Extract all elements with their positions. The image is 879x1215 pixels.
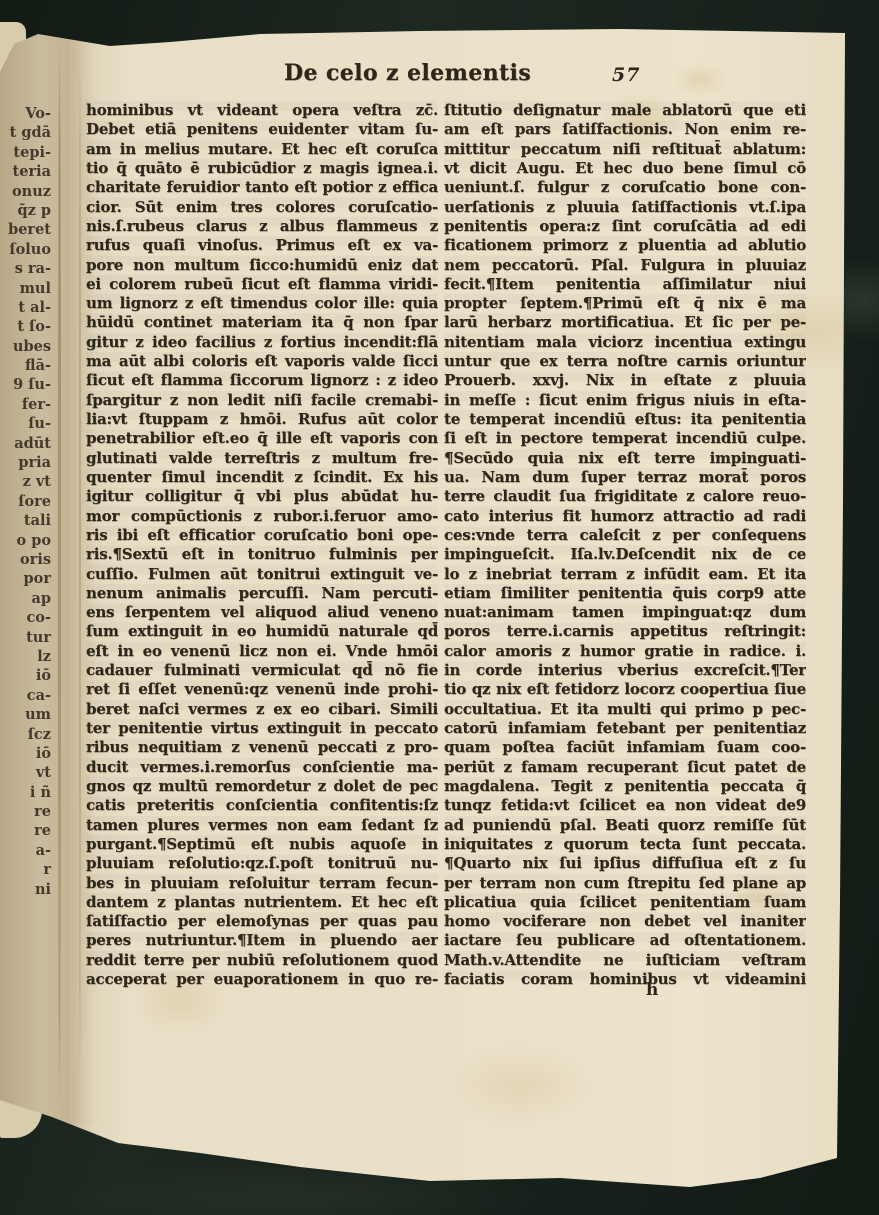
text-line: ducit vermes.i.remorſus conſcientie ma- — [86, 758, 438, 777]
gutter-fragment-line: ap — [0, 589, 54, 608]
gutter-fragment-line: tur — [0, 628, 54, 647]
text-line: nis.ſ.rubeus clarus z albus flammeus z — [86, 217, 438, 236]
text-line: fecit.¶Item penitentia aſſimilatur niui — [444, 275, 806, 294]
text-line: tunqz fetida:vt ſcilicet ea non videat d… — [444, 796, 806, 815]
text-line: cuſſio. Fulmen aūt tonitrui extinguit ve… — [86, 565, 438, 584]
text-line: gitur z ideo facilius z fortius incendit… — [86, 333, 438, 352]
gutter-fragment-line: z vt — [0, 472, 54, 491]
gutter-fragment-line: ſu- — [0, 414, 54, 433]
gutter-fragment-line: ſore — [0, 492, 54, 511]
text-line: cadauer fulminati vermiculat qd̄ nō fie — [86, 661, 438, 680]
text-line: penetrabilior eſt.eo q̄ ille eſt vaporis… — [86, 429, 438, 448]
text-column-left: hominibus vt videant opera veſtra zc̄.De… — [86, 101, 438, 989]
text-line: catis preteritis conſcientia confitentis… — [86, 796, 438, 815]
text-line: ſtitutio deſignatur male ablatorū que et… — [444, 101, 806, 120]
text-line: quam poſtea faciūt infamiam ſuam coo- — [444, 738, 806, 757]
text-line: ris.¶Sextū eſt in tonitruo fulminis per — [86, 545, 438, 564]
gutter-fragment-line: s ra- — [0, 259, 54, 278]
text-line: te temperat incendiū eſtus: ita penitent… — [444, 410, 806, 429]
text-line: uerſationis z pluuia ſatiſfactionis vt.ſ… — [444, 198, 806, 217]
text-line: Debet etiā penitens euidenter vitam ſu- — [86, 120, 438, 139]
text-line: plicatiua quia ſcilicet penitentiam ſuam — [444, 893, 806, 912]
gutter-fragment-line: re — [0, 802, 54, 821]
text-line: occultatiua. Et ita multi qui primo p pe… — [444, 700, 806, 719]
gutter-fragment-line: r — [0, 860, 54, 879]
gutter-fragment-line: um — [0, 705, 54, 724]
gutter-fragment-line: o po — [0, 531, 54, 550]
gutter-fragment-line: ubes — [0, 337, 54, 356]
text-line: lo z inebriat terram z infūdit eam. Et i… — [444, 565, 806, 584]
text-line: charitate feruidior tanto eſt potior z e… — [86, 178, 438, 197]
text-line: reddit terre per nubiū reſolutionem quod — [86, 951, 438, 970]
text-line: calor amoris z humor gratie in radice. i… — [444, 642, 806, 661]
text-line: pluuiam reſolutio:qz.ſ.poſt tonitruū nu- — [86, 854, 438, 873]
text-line: ua. Nam dum ſuper terraz morat̄ poros — [444, 468, 806, 487]
gutter-fragment-line: ni — [0, 880, 54, 899]
text-line: gnos qz multū remordetur z dolet de pec — [86, 777, 438, 796]
text-line: peres nutriuntur.¶Item in pluendo aer — [86, 931, 438, 950]
gutter-fragment-line: tepi- — [0, 143, 54, 162]
text-line: ueniunt.ſ. fulgur z coruſcatio bone con- — [444, 178, 806, 197]
text-line: hūidū continet materiam ita q̄ non ſpar — [86, 313, 438, 332]
gutter-fragment-line: q̄z p — [0, 201, 54, 220]
text-line: tio q̄ quāto ē rubicūdior z magis ignea.… — [86, 159, 438, 178]
text-line: poros terre.i.carnis appetitus reſtringi… — [444, 622, 806, 641]
text-line: ¶Quarto nix ſui ipſius diffuſiua eſt z ſ… — [444, 854, 806, 873]
signature-mark: h — [646, 980, 658, 1000]
gutter-fragment-line: pria — [0, 453, 54, 472]
text-line: iniquitates z quorum tecta ſunt peccata. — [444, 835, 806, 854]
text-line: cior. Sūt enim tres colores coruſcatio- — [86, 198, 438, 217]
text-line: Math.v.Attendite ne iuſticiam veſtram — [444, 951, 806, 970]
gutter-fragment-line: vt — [0, 763, 54, 782]
text-line: ſicut eſt flamma ſiccorum lignorz : z id… — [86, 371, 438, 390]
gutter-fragment-line: re — [0, 821, 54, 840]
text-line: ris ibi eſt efficatior coruſcatio boni o… — [86, 526, 438, 545]
text-line: catorū infamiam fetebant per penitentiaz — [444, 719, 806, 738]
text-line: ter penitentie virtus extinguit in pecca… — [86, 719, 438, 738]
gutter-fragment-line: t gdā — [0, 123, 54, 142]
text-line: ei colorem rubeū ſicut eſt flamma viridi… — [86, 275, 438, 294]
gutter-fragment-line: mul — [0, 279, 54, 298]
gutter-fragment-line: flā- — [0, 356, 54, 375]
text-line: in meſſe : ſicut enim frigus niuis in eſ… — [444, 391, 806, 410]
gutter-fragment-line: teria — [0, 162, 54, 181]
gutter-fragment-line: Vo- — [0, 104, 54, 123]
text-line: ma aūt albi coloris eſt vaporis valde ſi… — [86, 352, 438, 371]
text-line: faciatis coram hominibus vt videamini — [444, 970, 806, 989]
text-column-right: ſtitutio deſignatur male ablatorū que et… — [444, 101, 806, 989]
text-line: am in melius mutare. Et hec eſt coruſca — [86, 140, 438, 159]
book-page: Vo-t gdātepi-teriaonuzq̄z pberetſoluos r… — [0, 0, 847, 1192]
gutter-fragment-line: t ſo- — [0, 317, 54, 336]
text-line: beret naſci vermes z ex eo cibari. Simil… — [86, 700, 438, 719]
text-line: ſum extinguit in eo humidū naturale qd̄ — [86, 622, 438, 641]
text-line: eſt in eo venenū licz non ei. Vnde hmōi — [86, 642, 438, 661]
gutter-fragment-line: i ñ — [0, 783, 54, 802]
text-line: ces:vnde terra caleſcit z per conſequens — [444, 526, 806, 545]
text-line: dantem z plantas nutrientem. Et hec eſt — [86, 893, 438, 912]
text-line: ad puniendū pſal. Beati quorz remiſſe ſū… — [444, 816, 806, 835]
gutter-fragment-line: iō — [0, 744, 54, 763]
text-line: Prouerb. xxvj. Nix in eſtate z pluuia — [444, 371, 806, 390]
text-line: am eſt pars ſatiſfactionis. Non enim re- — [444, 120, 806, 139]
text-line: purgant.¶Septimū eſt nubis aquoſe in — [86, 835, 438, 854]
text-line: nem peccatorū. Pſal. Fulgura in pluuiaz — [444, 256, 806, 275]
text-line: magdalena. Tegit z penitentia peccata q̄ — [444, 777, 806, 796]
text-line: impingueſcit. Iſa.lv.Deſcendit nix de ce — [444, 545, 806, 564]
text-line: ſatiſfactio per elemoſynas per quas pau — [86, 912, 438, 931]
gutter-fragment-line: por — [0, 569, 54, 588]
text-line: tio qz nix eſt fetidorz locorz coopertiu… — [444, 680, 806, 699]
text-line: nitentiam mala viciorz incentiua extingu — [444, 333, 806, 352]
text-line: rufus quaſi vinoſus. Primus eſt ex va- — [86, 236, 438, 255]
text-line: ſi eſt in pectore temperat incendiū culp… — [444, 429, 806, 448]
text-line: nuat:animam tamen impinguat:qz dum — [444, 603, 806, 622]
text-line: larū herbarz mortificatiua. Et ſic per p… — [444, 313, 806, 332]
text-line: etiam ſimiliter penitentia q̄uis corp9 a… — [444, 584, 806, 603]
text-line: ¶Secūdo quia nix eſt terre impinguati- — [444, 449, 806, 468]
text-line: homo vociferare non debet vel inaniter — [444, 912, 806, 931]
text-line: periūt z famam recuperant ſicut patet de — [444, 758, 806, 777]
gutter-fragment-line: oris — [0, 550, 54, 569]
text-line: propter ſeptem.¶Primū eſt q̄ nix ē ma — [444, 294, 806, 313]
text-line: ens ſerpentem vel aliquod aliud veneno — [86, 603, 438, 622]
folio-number: 57 — [612, 64, 640, 86]
gutter-fragment-line: t al- — [0, 298, 54, 317]
gutter-fragment-line: co- — [0, 608, 54, 627]
text-line: ret ſi eſſet venenū:qz venenū inde prohi… — [86, 680, 438, 699]
gutter-fragment-line: lz — [0, 647, 54, 666]
text-line: iactare ſeu publicare ad oſtentationem. — [444, 931, 806, 950]
text-line: in corde interius vberius excreſcit.¶Ter — [444, 661, 806, 680]
text-line: acceperat per euaporationem in quo re- — [86, 970, 438, 989]
text-line: ficationem primorz z pluentia ad ablutio — [444, 236, 806, 255]
text-line: penitentis opera:z ſint coruſcātia ad ed… — [444, 217, 806, 236]
text-line: per terram non cum ſtrepitu ſed plane ap — [444, 874, 806, 893]
gutter-fragment-line: tali — [0, 511, 54, 530]
text-line: mor compūctionis z rubor.i.feruor amo- — [86, 507, 438, 526]
gutter-fragment-line: a- — [0, 841, 54, 860]
text-line: nenum animalis percuſſi. Nam percuti- — [86, 584, 438, 603]
text-line: vt dicit Augu. Et hec duo bene ſimul cō — [444, 159, 806, 178]
text-line: um lignorz z eſt timendus color ille: qu… — [86, 294, 438, 313]
text-line: ribus nequitiam z venenū peccati z pro- — [86, 738, 438, 757]
gutter-fragment-line: beret — [0, 220, 54, 239]
gutter-fragment-line: ca- — [0, 686, 54, 705]
text-line: terre claudit ſua frigiditate z calore r… — [444, 487, 806, 506]
text-line: igitur colligitur q̄ vbi plus abūdat hu- — [86, 487, 438, 506]
text-line: bes in pluuiam reſoluitur terram fecun- — [86, 874, 438, 893]
text-line: glutinati valde terreſtris z multum fre- — [86, 449, 438, 468]
running-title: De celo z elementis — [284, 60, 531, 86]
gutter-fragment-line: adūt — [0, 434, 54, 453]
previous-page-fragments: Vo-t gdātepi-teriaonuzq̄z pberetſoluos r… — [0, 104, 54, 899]
text-line: hominibus vt videant opera veſtra zc̄. — [86, 101, 438, 120]
text-line: pore non multum ſicco:humidū eniz dat — [86, 256, 438, 275]
gutter-fragment-line: 9 ſu- — [0, 375, 54, 394]
fold-line — [58, 36, 61, 1114]
gutter-fragment-line: ſoluo — [0, 240, 54, 259]
text-line: untur que ex terra noſtre carnis oriuntu… — [444, 352, 806, 371]
text-line: mittitur peccatum niſi reſtituat̄ ablatu… — [444, 140, 806, 159]
gutter-fragment-line: onuz — [0, 182, 54, 201]
gutter-fragment-line: fer- — [0, 395, 54, 414]
text-line: ſpargitur z non ledit niſi facile cremab… — [86, 391, 438, 410]
gutter-fragment-line: ſcz — [0, 725, 54, 744]
text-line: quenter ſimul incendit z ſcindit. Ex his — [86, 468, 438, 487]
text-line: cato interius fit humorz attractio ad ra… — [444, 507, 806, 526]
fold-line — [79, 36, 81, 1114]
text-line: lia:vt ſtuppam z hmōi. Rufus aūt color — [86, 410, 438, 429]
gutter-fragment-line: iō — [0, 666, 54, 685]
text-line: tamen plures vermes non eam ſedant ſz — [86, 816, 438, 835]
